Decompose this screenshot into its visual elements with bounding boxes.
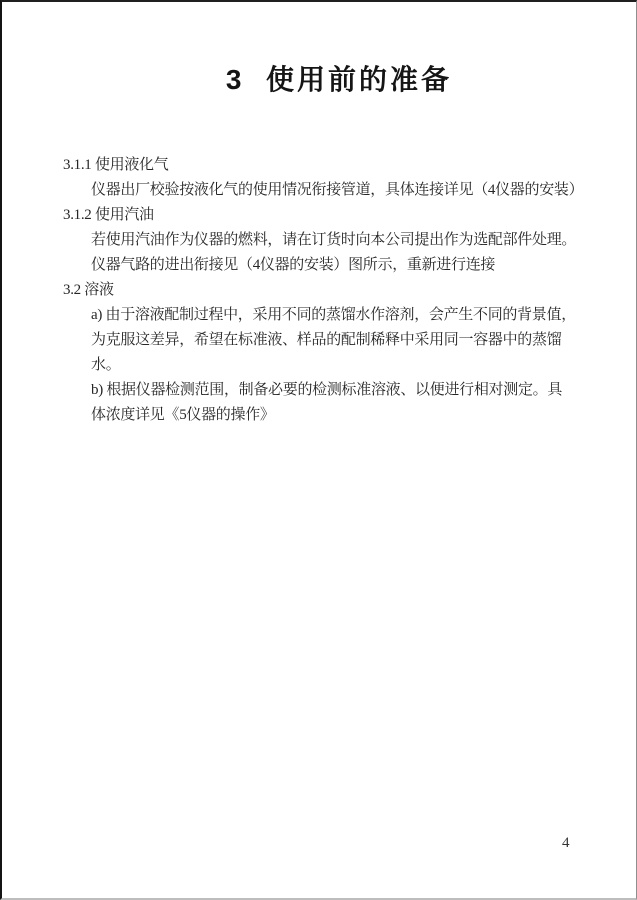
chapter-title-text: 3 使用前的准备 xyxy=(226,64,452,95)
body-line: 为克服这差异，希望在标准液、样品的配制稀释中采用同一容器中的蒸馏 xyxy=(2,328,636,353)
body-line: 体浓度详见《5仪器的操作》 xyxy=(2,403,636,428)
body-line: 水。 xyxy=(2,353,636,378)
body-line: 仪器气路的进出衔接见（4仪器的安装）图所示，重新进行连接 xyxy=(2,253,636,278)
body-line: a) 由于溶液配制过程中，采用不同的蒸馏水作溶剂，会产生不同的背景值， xyxy=(2,303,636,328)
document-body: 3.1.1 使用液化气 仪器出厂校验按液化气的使用情况衔接管道，具体连接详见（4… xyxy=(2,153,636,428)
body-line: b) 根据仪器检测范围，制备必要的检测标准溶液、以便进行相对测定。具 xyxy=(2,378,636,403)
scanned-document-page: 3 使用前的准备 3.1.1 使用液化气 仪器出厂校验按液化气的使用情况衔接管道… xyxy=(0,0,637,900)
body-line: 仪器出厂校验按液化气的使用情况衔接管道，具体连接详见（4仪器的安装） xyxy=(2,178,636,203)
section-heading: 3.1.2 使用汽油 xyxy=(2,203,636,228)
section-heading: 3.1.1 使用液化气 xyxy=(2,153,636,178)
page-number: 4 xyxy=(562,834,570,852)
section-heading: 3.2 溶液 xyxy=(2,278,636,303)
body-line: 若使用汽油作为仪器的燃料，请在订货时向本公司提出作为选配部件处理。 xyxy=(2,228,636,253)
chapter-title: 3 使用前的准备 xyxy=(2,63,636,97)
